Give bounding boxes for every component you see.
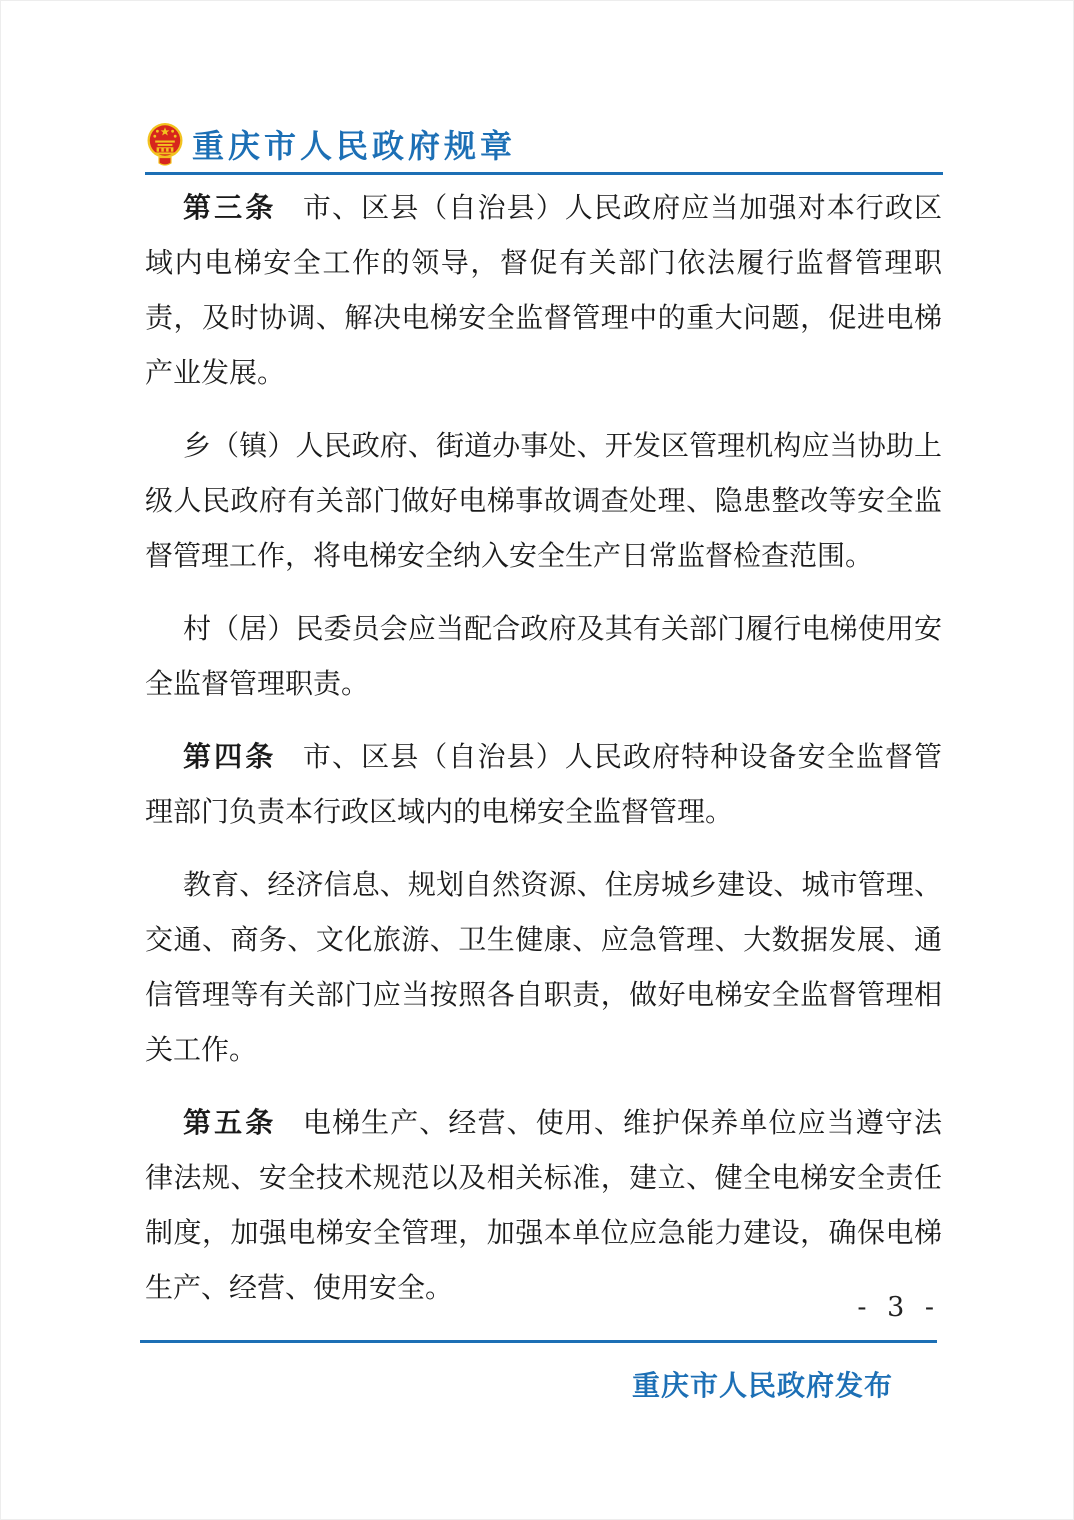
document-header: 重庆市人民政府规章 [147,121,516,167]
paragraph: 教育、经济信息、规划自然资源、住房城乡建设、城市管理、交通、商务、文化旅游、卫生… [145,857,942,1077]
publisher-label: 重庆市人民政府发布 [632,1364,893,1404]
china-national-emblem-icon [147,121,183,167]
paragraph-text: 教育、经济信息、规划自然资源、住房城乡建设、城市管理、交通、商务、文化旅游、卫生… [145,868,942,1066]
paragraph: 村（居）民委员会应当配合政府及其有关部门履行电梯使用安全监督管理职责。 [145,601,942,711]
article-number: 第五条 [183,1106,276,1139]
page-number: - 3 - [857,1292,940,1323]
article-number: 第四条 [183,740,276,773]
paragraph-text: 乡（镇）人民政府、街道办事处、开发区管理机构应当协助上级人民政府有关部门做好电梯… [145,429,942,572]
footer-divider [140,1340,937,1343]
page-title: 重庆市人民政府规章 [192,121,516,167]
paragraph: 第四条市、区县（自治县）人民政府特种设备安全监督管理部门负责本行政区域内的电梯安… [145,729,942,839]
paragraph-text: 村（居）民委员会应当配合政府及其有关部门履行电梯使用安全监督管理职责。 [145,612,942,700]
document-page: 重庆市人民政府规章 第三条市、区县（自治县）人民政府应当加强对本行政区域内电梯安… [0,0,1074,1520]
paragraph: 第三条市、区县（自治县）人民政府应当加强对本行政区域内电梯安全工作的领导，督促有… [145,180,942,400]
paragraph: 第五条电梯生产、经营、使用、维护保养单位应当遵守法律法规、安全技术规范以及相关标… [145,1095,942,1315]
article-number: 第三条 [183,191,276,224]
paragraph: 乡（镇）人民政府、街道办事处、开发区管理机构应当协助上级人民政府有关部门做好电梯… [145,418,942,583]
header-divider [145,172,943,175]
document-body: 第三条市、区县（自治县）人民政府应当加强对本行政区域内电梯安全工作的领导，督促有… [145,180,942,1315]
